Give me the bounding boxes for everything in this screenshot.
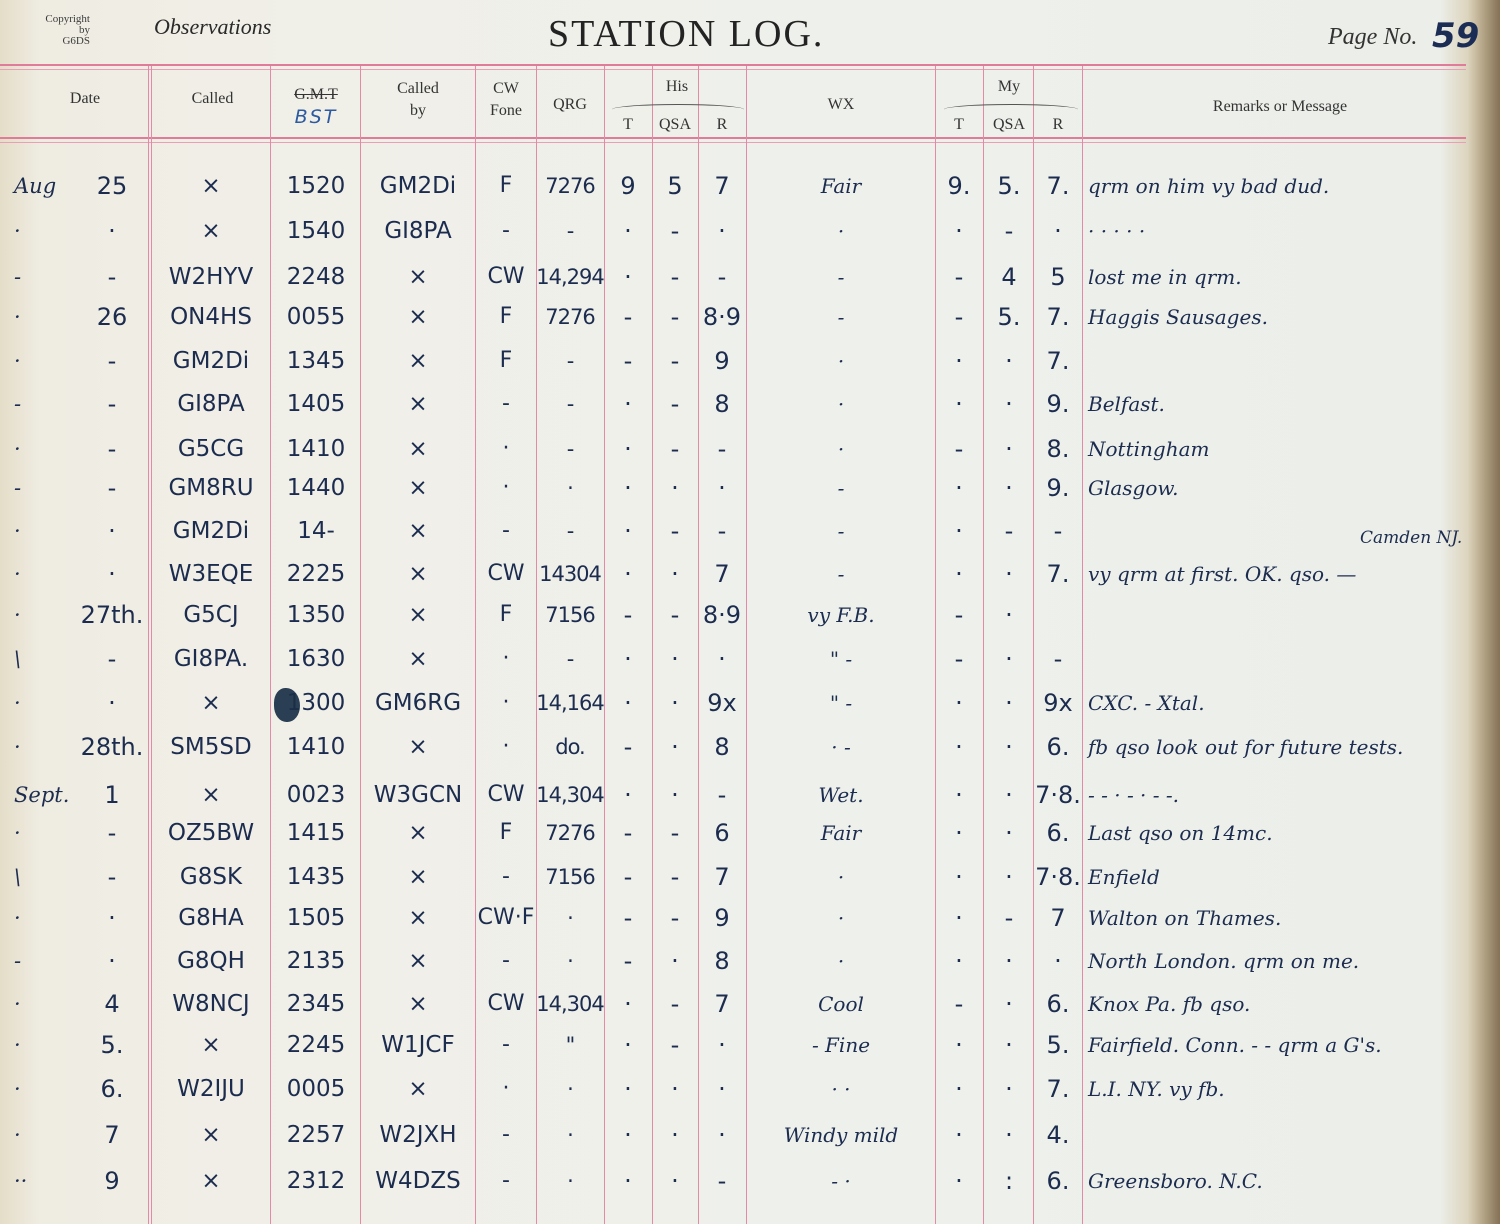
cell-called-station: × xyxy=(152,682,270,724)
cell-time: 1520 xyxy=(272,165,360,207)
cell-date-day: - xyxy=(76,256,148,298)
cell-called-by-station: W3GCN xyxy=(362,774,474,816)
cell-frequency: · xyxy=(536,1160,604,1202)
cell-called-station: G5CG xyxy=(152,428,270,470)
cell-my-r: 7. xyxy=(1034,1068,1082,1110)
cell-date-month: - xyxy=(14,383,76,425)
cell-his-qsa: · xyxy=(652,467,698,509)
cell-my-r: 7. xyxy=(1034,165,1082,207)
cell-remarks: - - · - · - -. xyxy=(1088,774,1468,816)
cell-his-qsa: - xyxy=(652,256,698,298)
log-entry-row: ·-G5CG1410×·-·--·-·8.Nottingham xyxy=(0,428,1466,470)
cell-called-by-station: × xyxy=(362,428,474,470)
cell-weather: · xyxy=(748,210,934,252)
cell-frequency: · xyxy=(536,467,604,509)
cell-his-t: · xyxy=(604,553,652,595)
cell-date-month: \ xyxy=(14,856,76,898)
cell-his-r: - xyxy=(698,256,746,298)
cell-mode: - xyxy=(476,1114,536,1156)
cell-his-r: 6 xyxy=(698,812,746,854)
cell-his-qsa: · xyxy=(652,638,698,680)
cell-my-qsa: · xyxy=(984,553,1034,595)
cell-time: 1540 xyxy=(272,210,360,252)
cell-date-day: - xyxy=(76,638,148,680)
cell-weather: Windy mild xyxy=(748,1114,934,1156)
cell-mode: - xyxy=(476,210,536,252)
cell-his-qsa: · xyxy=(652,1160,698,1202)
cell-frequency: 7156 xyxy=(536,856,604,898)
cell-my-qsa: - xyxy=(984,510,1034,552)
cell-his-t: · xyxy=(604,1114,652,1156)
cell-his-qsa: - xyxy=(652,510,698,552)
cell-his-t: - xyxy=(604,856,652,898)
observations-label: Observations xyxy=(154,14,271,40)
cell-time: 1410 xyxy=(272,428,360,470)
cell-date-month: · xyxy=(14,726,76,768)
cell-his-qsa: - xyxy=(652,1024,698,1066)
cell-my-t: · xyxy=(934,467,984,509)
cell-weather: · xyxy=(748,340,934,382)
cell-my-t: · xyxy=(934,774,984,816)
cell-called-station: W2HYV xyxy=(152,256,270,298)
cell-remarks: Greensboro. N.C. xyxy=(1088,1160,1468,1202)
cell-my-t: · xyxy=(934,553,984,595)
copyright-notice: Copyright by G6DS xyxy=(34,14,90,47)
header-time: G.M.T BST xyxy=(272,84,360,128)
cell-time: 2345 xyxy=(272,983,360,1025)
cell-his-r: 8 xyxy=(698,940,746,982)
header-qrg: QRG xyxy=(536,94,604,116)
cell-my-qsa: 5. xyxy=(984,296,1034,338)
cell-my-r: 6. xyxy=(1034,812,1082,854)
log-entry-row: ··×1540GI8PA--·-···-·· · · · · xyxy=(0,210,1466,252)
header-his-t: T xyxy=(604,114,652,136)
cell-called-station: OZ5BW xyxy=(152,812,270,854)
cell-my-r: 6. xyxy=(1034,726,1082,768)
cell-called-by-station: × xyxy=(362,553,474,595)
cell-called-station: G8QH xyxy=(152,940,270,982)
cell-called-station: × xyxy=(152,1024,270,1066)
cell-called-station: GI8PA xyxy=(152,383,270,425)
log-entry-row: ··×1300GM6RG·14,164··9x" -··9xCXC. - Xta… xyxy=(0,682,1466,724)
cell-frequency: - xyxy=(536,210,604,252)
cell-my-qsa: · xyxy=(984,383,1034,425)
cell-weather: · xyxy=(748,897,934,939)
cell-called-station: G8SK xyxy=(152,856,270,898)
cell-my-r: 6. xyxy=(1034,983,1082,1025)
log-entry-row: -·G8QH2135×-·-·8····North London. qrm on… xyxy=(0,940,1466,982)
cell-his-t: - xyxy=(604,594,652,636)
cell-mode: · xyxy=(476,428,536,470)
cell-my-t: · xyxy=(934,1068,984,1110)
cell-called-station: GM2Di xyxy=(152,340,270,382)
cell-called-by-station: × xyxy=(362,897,474,939)
cell-time: 14- xyxy=(272,510,360,552)
cell-mode: CW xyxy=(476,553,536,595)
cell-called-station: GM2Di xyxy=(152,510,270,552)
cell-his-t: · xyxy=(604,210,652,252)
cell-weather: - xyxy=(748,296,934,338)
cell-called-by-station: × xyxy=(362,1068,474,1110)
cell-my-qsa: · xyxy=(984,812,1034,854)
cell-time: 2225 xyxy=(272,553,360,595)
cell-weather: Cool xyxy=(748,983,934,1025)
cell-weather: · xyxy=(748,383,934,425)
cell-frequency: 14,304 xyxy=(536,774,604,816)
cell-his-qsa: - xyxy=(652,983,698,1025)
cell-his-qsa: 5 xyxy=(652,165,698,207)
page-number-label: Page No. xyxy=(1328,24,1417,51)
log-entry-row: ·28th.SM5SD1410×·do.-·8· -··6.fb qso loo… xyxy=(0,726,1466,768)
cell-his-t: - xyxy=(604,897,652,939)
cell-his-qsa: · xyxy=(652,940,698,982)
cell-date-month: · xyxy=(14,296,76,338)
cell-weather: " - xyxy=(748,682,934,724)
cell-date-day: 9 xyxy=(76,1160,148,1202)
cell-weather: · xyxy=(748,428,934,470)
cell-date-month: Aug xyxy=(14,165,76,207)
cell-date-day: · xyxy=(76,897,148,939)
cell-my-r: 8. xyxy=(1034,428,1082,470)
cell-called-by-station: GM2Di xyxy=(362,165,474,207)
log-entry-row: ·-GM2Di1345×F---9···7. xyxy=(0,340,1466,382)
cell-frequency: 14,164 xyxy=(536,682,604,724)
cell-called-by-station: × xyxy=(362,726,474,768)
cell-my-r: 5. xyxy=(1034,1024,1082,1066)
log-entry-row: ·5.×2245W1JCF-"·-·- Fine··5.Fairfield. C… xyxy=(0,1024,1466,1066)
cell-called-by-station: × xyxy=(362,638,474,680)
cell-my-t: - xyxy=(934,296,984,338)
cell-remarks: CXC. - Xtal. xyxy=(1088,682,1468,724)
rule-top-1 xyxy=(0,64,1466,66)
cell-mode: · xyxy=(476,467,536,509)
cell-remarks: Knox Pa. fb qso. xyxy=(1088,983,1468,1025)
cell-time: 1405 xyxy=(272,383,360,425)
cell-date-day: - xyxy=(76,812,148,854)
cell-date-month: · xyxy=(14,428,76,470)
cell-his-qsa: · xyxy=(652,1114,698,1156)
cell-his-qsa: · xyxy=(652,726,698,768)
cell-my-r: 7·8. xyxy=(1034,774,1082,816)
cell-my-r: 4. xyxy=(1034,1114,1082,1156)
cell-weather: " - xyxy=(748,638,934,680)
cell-his-t: · xyxy=(604,682,652,724)
cell-remarks: Enfield xyxy=(1088,856,1468,898)
cell-my-t: · xyxy=(934,1160,984,1202)
cell-frequency: 14,304 xyxy=(536,983,604,1025)
cell-my-t: · xyxy=(934,383,984,425)
cell-my-qsa: : xyxy=(984,1160,1034,1202)
cell-my-r xyxy=(1034,594,1082,636)
cell-time: 1435 xyxy=(272,856,360,898)
cell-called-by-station: × xyxy=(362,340,474,382)
header-remarks: Remarks or Message xyxy=(1140,96,1420,118)
cell-remarks xyxy=(1088,1114,1468,1156)
cell-my-qsa: · xyxy=(984,1068,1034,1110)
cell-called-by-station: × xyxy=(362,296,474,338)
header-my-qsa: QSA xyxy=(984,114,1034,136)
cell-date-month: · xyxy=(14,1024,76,1066)
cell-time: 1415 xyxy=(272,812,360,854)
cell-weather: vy F.B. xyxy=(748,594,934,636)
cell-date-day: - xyxy=(76,383,148,425)
header-his-qsa: QSA xyxy=(652,114,698,136)
cell-time: 0055 xyxy=(272,296,360,338)
cell-date-day: 27th. xyxy=(76,594,148,636)
log-entry-row: ·7×2257W2JXH-····Windy mild··4. xyxy=(0,1114,1466,1156)
cell-mode: CW xyxy=(476,983,536,1025)
cell-date-month: - xyxy=(14,467,76,509)
log-entry-row: --GI8PA1405×--·-8···9.Belfast. xyxy=(0,383,1466,425)
cell-my-t: · xyxy=(934,940,984,982)
cell-frequency: · xyxy=(536,897,604,939)
cell-his-qsa: - xyxy=(652,897,698,939)
cell-frequency: · xyxy=(536,940,604,982)
cell-his-qsa: - xyxy=(652,340,698,382)
log-entry-row: Aug25×1520GM2DiF7276957Fair9.5.7.qrm on … xyxy=(0,165,1466,207)
cell-his-qsa: - xyxy=(652,594,698,636)
cell-frequency: - xyxy=(536,340,604,382)
cell-called-station: × xyxy=(152,774,270,816)
cell-his-qsa: · xyxy=(652,553,698,595)
cell-his-t: · xyxy=(604,638,652,680)
cell-my-qsa: · xyxy=(984,726,1034,768)
log-entry-row: --GM8RU1440×·····-··9.Glasgow. xyxy=(0,467,1466,509)
header-date: Date xyxy=(40,88,130,110)
cell-my-r: 7. xyxy=(1034,340,1082,382)
cell-frequency: - xyxy=(536,383,604,425)
page-title: STATION LOG. xyxy=(548,12,824,56)
cell-called-station: W3EQE xyxy=(152,553,270,595)
cell-called-station: GI8PA. xyxy=(152,638,270,680)
cell-my-r: · xyxy=(1034,210,1082,252)
cell-remarks: Haggis Sausages. xyxy=(1088,296,1468,338)
cell-date-day: 5. xyxy=(76,1024,148,1066)
cell-his-r: 9 xyxy=(698,897,746,939)
cell-date-day: 25 xyxy=(76,165,148,207)
cell-my-qsa: · xyxy=(984,940,1034,982)
header-his: His xyxy=(652,76,702,98)
cell-my-t: · xyxy=(934,1024,984,1066)
cell-weather: · xyxy=(748,940,934,982)
cell-my-r: 7. xyxy=(1034,296,1082,338)
cell-mode: - xyxy=(476,510,536,552)
cell-weather: Wet. xyxy=(748,774,934,816)
cell-called-by-station: W2JXH xyxy=(362,1114,474,1156)
cell-weather: Fair xyxy=(748,165,934,207)
cell-his-t: · xyxy=(604,510,652,552)
cell-frequency: 7156 xyxy=(536,594,604,636)
cell-mode: - xyxy=(476,1024,536,1066)
cell-date-month: · xyxy=(14,1114,76,1156)
cell-his-t: · xyxy=(604,1068,652,1110)
cell-mode: F xyxy=(476,296,536,338)
cell-called-by-station: GM6RG xyxy=(362,682,474,724)
rule-top-2 xyxy=(0,69,1466,70)
cell-my-r: 5 xyxy=(1034,256,1082,298)
page-edge-shadow xyxy=(1468,0,1500,1224)
cell-time: 1505 xyxy=(272,897,360,939)
header-wx: WX xyxy=(748,94,934,116)
ink-blot xyxy=(274,688,300,722)
cell-his-qsa: - xyxy=(652,428,698,470)
cell-my-t: · xyxy=(934,340,984,382)
cell-date-month: · xyxy=(14,210,76,252)
log-entry-row: ·-OZ5BW1415×F7276--6Fair··6.Last qso on … xyxy=(0,812,1466,854)
header-called-by: Called by xyxy=(362,78,474,122)
cell-my-qsa: 4 xyxy=(984,256,1034,298)
cell-time: 1440 xyxy=(272,467,360,509)
cell-called-by-station: × xyxy=(362,594,474,636)
cell-date-month: · xyxy=(14,553,76,595)
cell-his-t: - xyxy=(604,296,652,338)
cell-remarks xyxy=(1088,594,1468,636)
cell-his-t: - xyxy=(604,812,652,854)
cell-called-station: × xyxy=(152,1160,270,1202)
log-entry-row: ··W3EQE2225×CW14304··7-··7.vy qrm at fir… xyxy=(0,553,1466,595)
cell-date-month: · xyxy=(14,812,76,854)
copyright-line2: G6DS xyxy=(34,36,90,47)
cell-weather: · xyxy=(748,856,934,898)
cell-my-qsa: - xyxy=(984,210,1034,252)
cell-called-by-station: × xyxy=(362,983,474,1025)
cell-remarks xyxy=(1088,638,1468,680)
cell-time: 2245 xyxy=(272,1024,360,1066)
cell-his-qsa: · xyxy=(652,682,698,724)
cell-my-t: · xyxy=(934,210,984,252)
cell-his-t: 9 xyxy=(604,165,652,207)
cell-frequency: 14,294 xyxy=(536,256,604,298)
cell-remarks: qrm on him vy bad dud. xyxy=(1088,165,1468,207)
cell-mode: - xyxy=(476,1160,536,1202)
cell-mode: · xyxy=(476,1068,536,1110)
cell-my-r: 9. xyxy=(1034,383,1082,425)
cell-weather: · - xyxy=(748,726,934,768)
cell-my-t: · xyxy=(934,897,984,939)
header-his-r: R xyxy=(698,114,746,136)
cell-mode: CW xyxy=(476,256,536,298)
header-called: Called xyxy=(160,88,265,110)
cell-called-by-station: × xyxy=(362,940,474,982)
cell-frequency: · xyxy=(536,1114,604,1156)
cell-time: 1345 xyxy=(272,340,360,382)
cell-my-qsa: · xyxy=(984,340,1034,382)
cell-called-by-station: × xyxy=(362,467,474,509)
cell-called-station: G5CJ xyxy=(152,594,270,636)
header-mode: CW Fone xyxy=(476,78,536,122)
cell-frequency: - xyxy=(536,510,604,552)
cell-my-qsa: · xyxy=(984,774,1034,816)
cell-weather: - xyxy=(748,553,934,595)
cell-his-t: · xyxy=(604,256,652,298)
cell-remarks xyxy=(1088,340,1468,382)
cell-date-day: - xyxy=(76,467,148,509)
cell-called-station: × xyxy=(152,1114,270,1156)
cell-his-qsa: - xyxy=(652,383,698,425)
cell-date-month: · xyxy=(14,897,76,939)
cell-my-t: · xyxy=(934,812,984,854)
page-number: 59 xyxy=(1432,16,1479,56)
cell-called-station: GM8RU xyxy=(152,467,270,509)
cell-called-by-station: × xyxy=(362,510,474,552)
cell-my-qsa: · xyxy=(984,594,1034,636)
cell-his-r: - xyxy=(698,428,746,470)
cell-called-by-station: W4DZS xyxy=(362,1160,474,1202)
cell-weather: - Fine xyxy=(748,1024,934,1066)
log-entry-row: ·4W8NCJ2345×CW14,304·-7Cool-·6.Knox Pa. … xyxy=(0,983,1466,1025)
cell-his-t: · xyxy=(604,1024,652,1066)
copyright-line1: Copyright by xyxy=(34,14,90,36)
cell-frequency: 14304 xyxy=(536,553,604,595)
cell-remarks: fb qso look out for future tests. xyxy=(1088,726,1468,768)
cell-called-by-station: × xyxy=(362,256,474,298)
cell-mode: F xyxy=(476,812,536,854)
cell-weather: - · xyxy=(748,1160,934,1202)
cell-his-t: - xyxy=(604,726,652,768)
cell-his-t: · xyxy=(604,774,652,816)
cell-time: 2135 xyxy=(272,940,360,982)
cell-frequency: " xyxy=(536,1024,604,1066)
cell-called-by-station: W1JCF xyxy=(362,1024,474,1066)
cell-date-day: - xyxy=(76,340,148,382)
cell-remarks: vy qrm at first. OK. qso. — xyxy=(1088,553,1468,595)
header-my-r: R xyxy=(1034,114,1082,136)
cell-his-r: · xyxy=(698,638,746,680)
cell-date-day: - xyxy=(76,856,148,898)
cell-my-qsa: · xyxy=(984,682,1034,724)
cell-weather: - xyxy=(748,467,934,509)
cell-frequency: 7276 xyxy=(536,165,604,207)
header-gmt: G.M.T xyxy=(272,84,360,106)
cell-mode: · xyxy=(476,638,536,680)
cell-time: 0005 xyxy=(272,1068,360,1110)
cell-called-station: G8HA xyxy=(152,897,270,939)
remark-annotation: Camden NJ. xyxy=(1360,528,1462,548)
log-entry-row: ·6.W2IJU0005×······ ···7.L.I. NY. vy fb. xyxy=(0,1068,1466,1110)
cell-his-qsa: · xyxy=(652,1068,698,1110)
cell-mode: CW·F xyxy=(476,897,536,939)
cell-my-r: - xyxy=(1034,638,1082,680)
cell-his-r: · xyxy=(698,210,746,252)
cell-weather: - xyxy=(748,256,934,298)
cell-his-r: 9x xyxy=(698,682,746,724)
cell-date-day: 26 xyxy=(76,296,148,338)
cell-my-r: 6. xyxy=(1034,1160,1082,1202)
cell-his-t: · xyxy=(604,383,652,425)
cell-my-qsa: · xyxy=(984,428,1034,470)
cell-remarks: Glasgow. xyxy=(1088,467,1468,509)
cell-called-by-station: × xyxy=(362,812,474,854)
cell-mode: · xyxy=(476,726,536,768)
cell-date-day: 4 xyxy=(76,983,148,1025)
cell-time: 2248 xyxy=(272,256,360,298)
rule-header-bottom-1 xyxy=(0,137,1466,139)
cell-mode: F xyxy=(476,340,536,382)
cell-date-day: · xyxy=(76,940,148,982)
cell-my-qsa: 5. xyxy=(984,165,1034,207)
cell-date-month: · xyxy=(14,340,76,382)
cell-his-qsa: · xyxy=(652,774,698,816)
cell-my-t: - xyxy=(934,256,984,298)
cell-called-station: W2IJU xyxy=(152,1068,270,1110)
header-my: My xyxy=(984,76,1034,98)
cell-mode: - xyxy=(476,940,536,982)
cell-my-t: · xyxy=(934,1114,984,1156)
cell-called-by-station: × xyxy=(362,383,474,425)
cell-called-by-station: GI8PA xyxy=(362,210,474,252)
rule-header-bottom-2 xyxy=(0,142,1466,143)
cell-frequency: do. xyxy=(536,726,604,768)
